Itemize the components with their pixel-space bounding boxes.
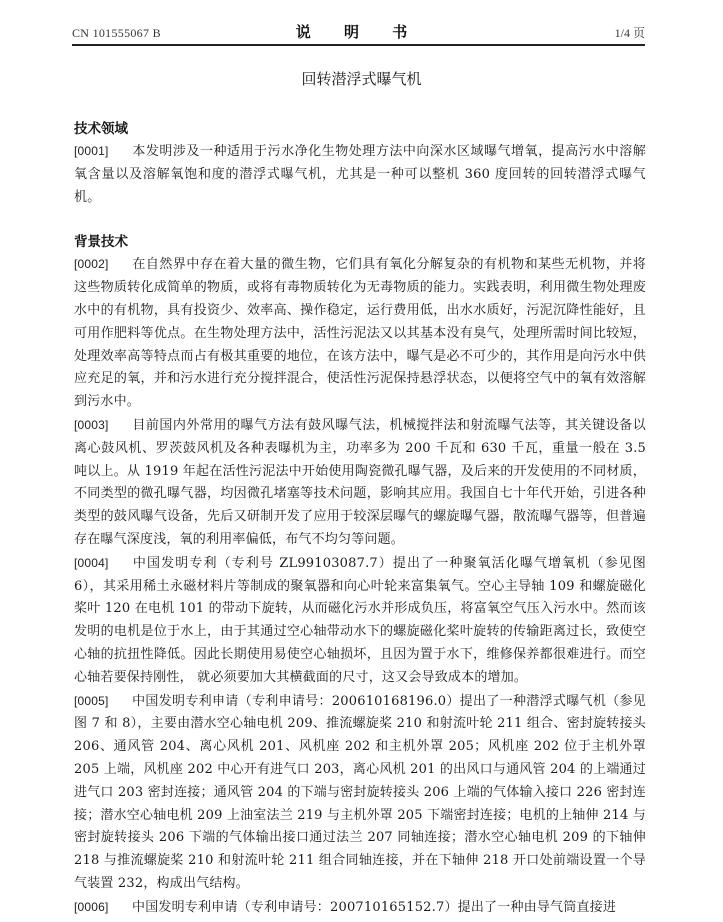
document-type: 说 明 书 <box>72 21 645 42</box>
paragraph-number: [0003] <box>74 414 132 437</box>
paragraph-text: 中国发明专利申请（专利申请号：200610168196.0）提出了一种潜浮式曝气… <box>74 694 646 891</box>
paragraph-0002: [0002]在自然界中存在着大量的微生物，它们具有氧化分解复杂的有机物和某些无机… <box>74 253 646 414</box>
paragraph-number: [0005] <box>74 690 132 713</box>
paragraph-0005: [0005]中国发明专利申请（专利申请号：200610168196.0）提出了一… <box>74 690 646 896</box>
section-heading-background: 背景技术 <box>74 231 646 253</box>
paragraph-number: [0001] <box>74 140 132 163</box>
document-body: 技术领域 [0001]本发明涉及一种适用于污水净化生物处理方法中向深水区域曝气增… <box>74 118 646 920</box>
page-header: CN 101555067 B 说 明 书 1/4 页 <box>72 18 645 46</box>
paragraph-0003: [0003]目前国内外常用的曝气方法有鼓风曝气法，机械搅拌法和射流曝气法等，其关… <box>74 414 646 552</box>
section-heading-technical-field: 技术领域 <box>74 118 646 140</box>
paragraph-text: 本发明涉及一种适用于污水净化生物处理方法中向深水区域曝气增氧，提高污水中溶解氧含… <box>74 144 646 205</box>
paragraph-number: [0006] <box>74 896 132 919</box>
paragraph-text: 目前国内外常用的曝气方法有鼓风曝气法，机械搅拌法和射流曝气法等，其关键设备以离心… <box>74 418 646 547</box>
paragraph-text: 中国发明专利申请（专利申请号：200710165152.7）提出了一种由导气筒直… <box>132 900 616 915</box>
page-number: 1/4 页 <box>615 24 645 41</box>
section-spacer <box>74 209 646 231</box>
document-title: 回转潜浮式曝气机 <box>0 68 723 89</box>
paragraph-text: 中国发明专利（专利号 ZL99103087.7）提出了一种聚氧活化曝气增氧机（参… <box>74 556 646 685</box>
paragraph-text: 在自然界中存在着大量的微生物，它们具有氧化分解复杂的有机物和某些无机物，并将这些… <box>74 257 646 409</box>
paragraph-0001: [0001]本发明涉及一种适用于污水净化生物处理方法中向深水区域曝气增氧，提高污… <box>74 140 646 209</box>
paragraph-number: [0004] <box>74 552 132 575</box>
paragraph-number: [0002] <box>74 253 132 276</box>
paragraph-0004: [0004]中国发明专利（专利号 ZL99103087.7）提出了一种聚氧活化曝… <box>74 552 646 690</box>
paragraph-0006: [0006]中国发明专利申请（专利申请号：200710165152.7）提出了一… <box>74 896 646 920</box>
